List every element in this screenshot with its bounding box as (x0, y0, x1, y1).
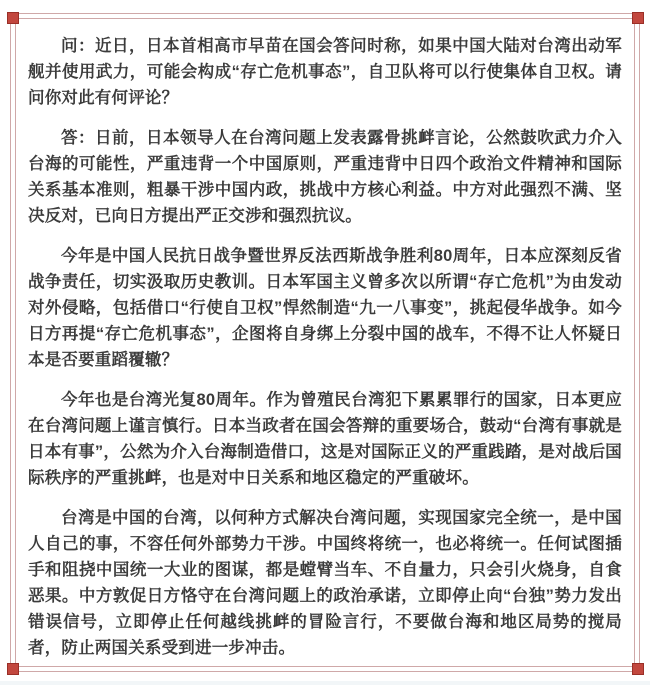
article-body: 问：近日，日本首相高市早苗在国会答问时称，如果中国大陆对台湾出动军舰并使用武力，… (28, 33, 622, 675)
corner-ornament-bottom-right (632, 663, 644, 675)
statement-card: 问：近日，日本首相高市早苗在国会答问时称，如果中国大陆对台湾出动军舰并使用武力，… (0, 0, 650, 685)
question-paragraph: 问：近日，日本首相高市早苗在国会答问时称，如果中国大陆对台湾出动军舰并使用武力，… (28, 33, 622, 111)
corner-ornament-bottom-left (7, 663, 19, 675)
answer-paragraph-4: 台湾是中国的台湾，以何种方式解决台湾问题，实现国家完全统一，是中国人自己的事，不… (28, 505, 622, 661)
answer-paragraph-3: 今年也是台湾光复80周年。作为曾殖民台湾犯下累累罪行的国家，日本更应在台湾问题上… (28, 387, 622, 491)
answer-paragraph-2: 今年是中国人民抗日战争暨世界反法西斯战争胜利80周年，日本应深刻反省战争责任，切… (28, 243, 622, 373)
corner-ornament-top-left (7, 12, 19, 24)
answer-paragraph-1: 答：日前，日本领导人在台湾问题上发表露骨挑衅言论，公然鼓吹武力介入台海的可能性，… (28, 125, 622, 229)
corner-ornament-top-right (632, 12, 644, 24)
page-bottom-edge (0, 681, 650, 685)
